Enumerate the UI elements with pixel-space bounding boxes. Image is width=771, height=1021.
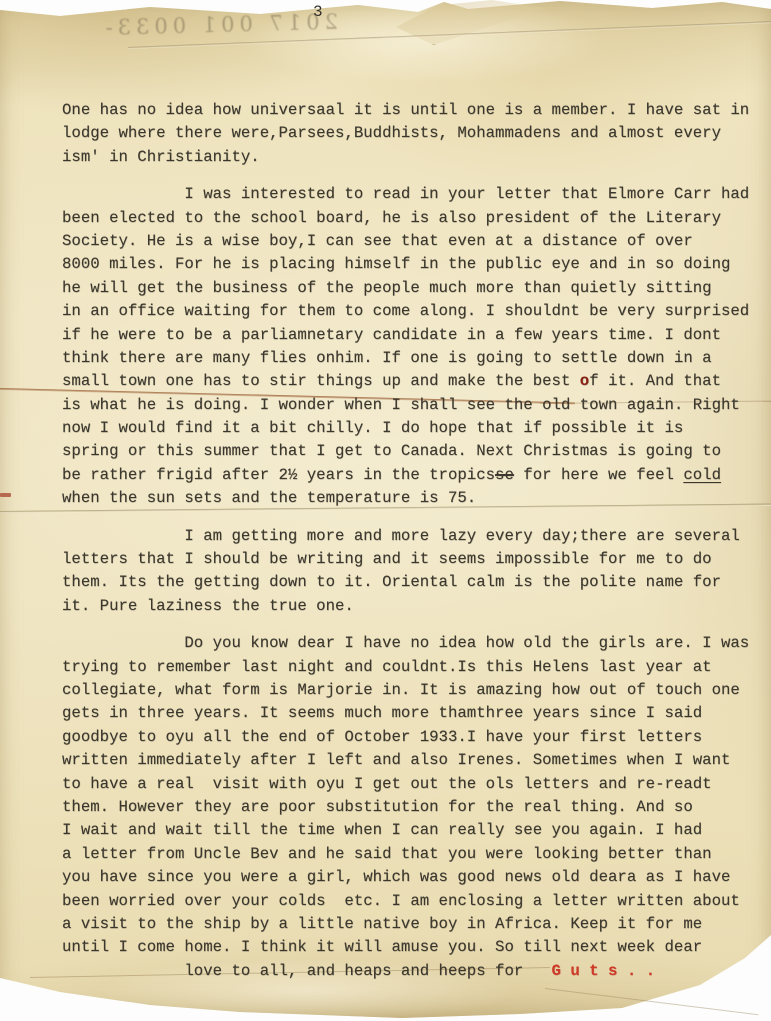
struck-out-letters: se xyxy=(495,466,514,484)
typed-line: I was interested to read in your letter … xyxy=(62,183,765,206)
typed-line: been worried over your colds etc. I am e… xyxy=(62,890,765,913)
text-segment: spring or this summer that I get to Cana… xyxy=(62,442,721,460)
typed-line: I wait and wait till the time when I can… xyxy=(62,819,765,842)
text-segment: One has no idea how universaal it is unt… xyxy=(62,101,749,119)
text-segment: Society. He is a wise boy,I can see that… xyxy=(62,232,693,250)
typed-line: them. Its the getting down to it. Orient… xyxy=(62,571,765,594)
typed-line: One has no idea how universaal it is unt… xyxy=(62,99,765,122)
text-segment: is what he is doing. I wonder when I sha… xyxy=(62,396,740,414)
text-segment: been elected to the school board, he is … xyxy=(62,209,721,227)
text-segment: gets in three years. It seems much more … xyxy=(62,704,702,722)
typed-line: written immediately after I left and als… xyxy=(62,749,765,772)
red-overtyped-letter: o xyxy=(580,372,589,390)
text-segment: now I would find it a bit chilly. I do h… xyxy=(62,419,683,437)
text-segment: think there are many flies onhim. If one… xyxy=(62,349,712,367)
paragraph-1: One has no idea how universaal it is unt… xyxy=(62,99,765,169)
text-segment: in an office waiting for them to come al… xyxy=(62,302,749,320)
text-segment: you have since you were a girl, which wa… xyxy=(62,868,730,886)
text-segment: to have a real visit with oyu I get out … xyxy=(62,775,712,793)
typed-line: a visit to the ship by a little native b… xyxy=(62,913,765,936)
typed-line: small town one has to stir things up and… xyxy=(62,370,765,393)
red-edge-mark xyxy=(0,493,11,497)
typed-line: goodbye to oyu all the end of October 19… xyxy=(62,726,765,749)
text-segment: them. However they are poor substitution… xyxy=(62,798,693,816)
signature-guts: G u t s . . xyxy=(552,962,656,980)
text-segment: f it. And that xyxy=(589,372,721,390)
typed-line: is what he is doing. I wonder when I sha… xyxy=(62,394,765,417)
text-segment: 8000 miles. For he is placing himself in… xyxy=(62,255,730,273)
text-segment: goodbye to oyu all the end of October 19… xyxy=(62,728,702,746)
typed-line: Do you know dear I have no idea how old … xyxy=(62,632,765,655)
typed-line: in an office waiting for them to come al… xyxy=(62,300,765,323)
typed-line: I am getting more and more lazy every da… xyxy=(62,525,765,548)
text-segment: I was interested to read in your letter … xyxy=(62,185,749,203)
text-segment: ism' in Christianity. xyxy=(62,148,260,166)
paragraph-3: I am getting more and more lazy every da… xyxy=(62,525,765,619)
text-segment: written immediately after I left and als… xyxy=(62,751,730,769)
text-segment: collegiate, what form is Marjorie in. It… xyxy=(62,681,740,699)
text-segment: trying to remember last night and couldn… xyxy=(62,658,712,676)
typed-line: 8000 miles. For he is placing himself in… xyxy=(62,253,765,276)
typed-line: you have since you were a girl, which wa… xyxy=(62,866,765,889)
text-segment: Do you know dear I have no idea how old … xyxy=(62,634,749,652)
typed-line: spring or this summer that I get to Cana… xyxy=(62,440,765,463)
text-segment: if he were to be a parliamnetary candida… xyxy=(62,326,721,344)
typed-line: until I come home. I think it will amuse… xyxy=(62,936,765,959)
underlined-word: cold xyxy=(683,466,721,484)
typed-line: been elected to the school board, he is … xyxy=(62,207,765,230)
text-segment: love to all, and heaps and heeps for xyxy=(62,962,552,980)
text-segment: it. Pure laziness the true one. xyxy=(62,597,354,615)
typed-line: think there are many flies onhim. If one… xyxy=(62,347,765,370)
typed-body: One has no idea how universaal it is unt… xyxy=(62,99,765,983)
page-number: 3 xyxy=(313,3,323,21)
text-segment: I am getting more and more lazy every da… xyxy=(62,527,740,545)
text-segment: been worried over your colds etc. I am e… xyxy=(62,892,740,910)
typed-line: love to all, and heaps and heeps for G u… xyxy=(62,960,765,983)
typed-line: to have a real visit with oyu I get out … xyxy=(62,773,765,796)
text-segment: a visit to the ship by a little native b… xyxy=(62,915,702,933)
typed-line: gets in three years. It seems much more … xyxy=(62,702,765,725)
text-segment: I wait and wait till the time when I can… xyxy=(62,821,702,839)
typed-line: when the sun sets and the temperature is… xyxy=(62,487,765,510)
paragraph-2: I was interested to read in your letter … xyxy=(62,183,765,510)
typed-line: a letter from Uncle Bev and he said that… xyxy=(62,843,765,866)
text-segment: lodge where there were,Parsees,Buddhists… xyxy=(62,124,721,142)
paragraph-4: Do you know dear I have no idea how old … xyxy=(62,632,765,983)
typed-line: Society. He is a wise boy,I can see that… xyxy=(62,230,765,253)
typed-line: he will get the business of the people m… xyxy=(62,277,765,300)
typed-line: trying to remember last night and couldn… xyxy=(62,656,765,679)
typed-line: now I would find it a bit chilly. I do h… xyxy=(62,417,765,440)
text-segment: he will get the business of the people m… xyxy=(62,279,712,297)
text-segment: them. Its the getting down to it. Orient… xyxy=(62,573,721,591)
text-segment: be rather frigid after 2½ years in the t… xyxy=(62,466,495,484)
text-segment: for here we feel xyxy=(514,466,683,484)
typed-line: collegiate, what form is Marjorie in. It… xyxy=(62,679,765,702)
typed-line: letters that I should be writing and it … xyxy=(62,548,765,571)
text-segment: until I come home. I think it will amuse… xyxy=(62,938,702,956)
typed-line: them. However they are poor substitution… xyxy=(62,796,765,819)
typed-line: if he were to be a parliamnetary candida… xyxy=(62,324,765,347)
text-segment: a letter from Uncle Bev and he said that… xyxy=(62,845,712,863)
text-segment: when the sun sets and the temperature is… xyxy=(62,489,476,507)
text-segment: small town one has to stir things up and… xyxy=(62,372,580,390)
typed-line: lodge where there were,Parsees,Buddhists… xyxy=(62,122,765,145)
typed-line: ism' in Christianity. xyxy=(62,146,765,169)
text-segment: letters that I should be writing and it … xyxy=(62,550,712,568)
typed-line: it. Pure laziness the true one. xyxy=(62,595,765,618)
typed-line: be rather frigid after 2½ years in the t… xyxy=(62,464,765,487)
